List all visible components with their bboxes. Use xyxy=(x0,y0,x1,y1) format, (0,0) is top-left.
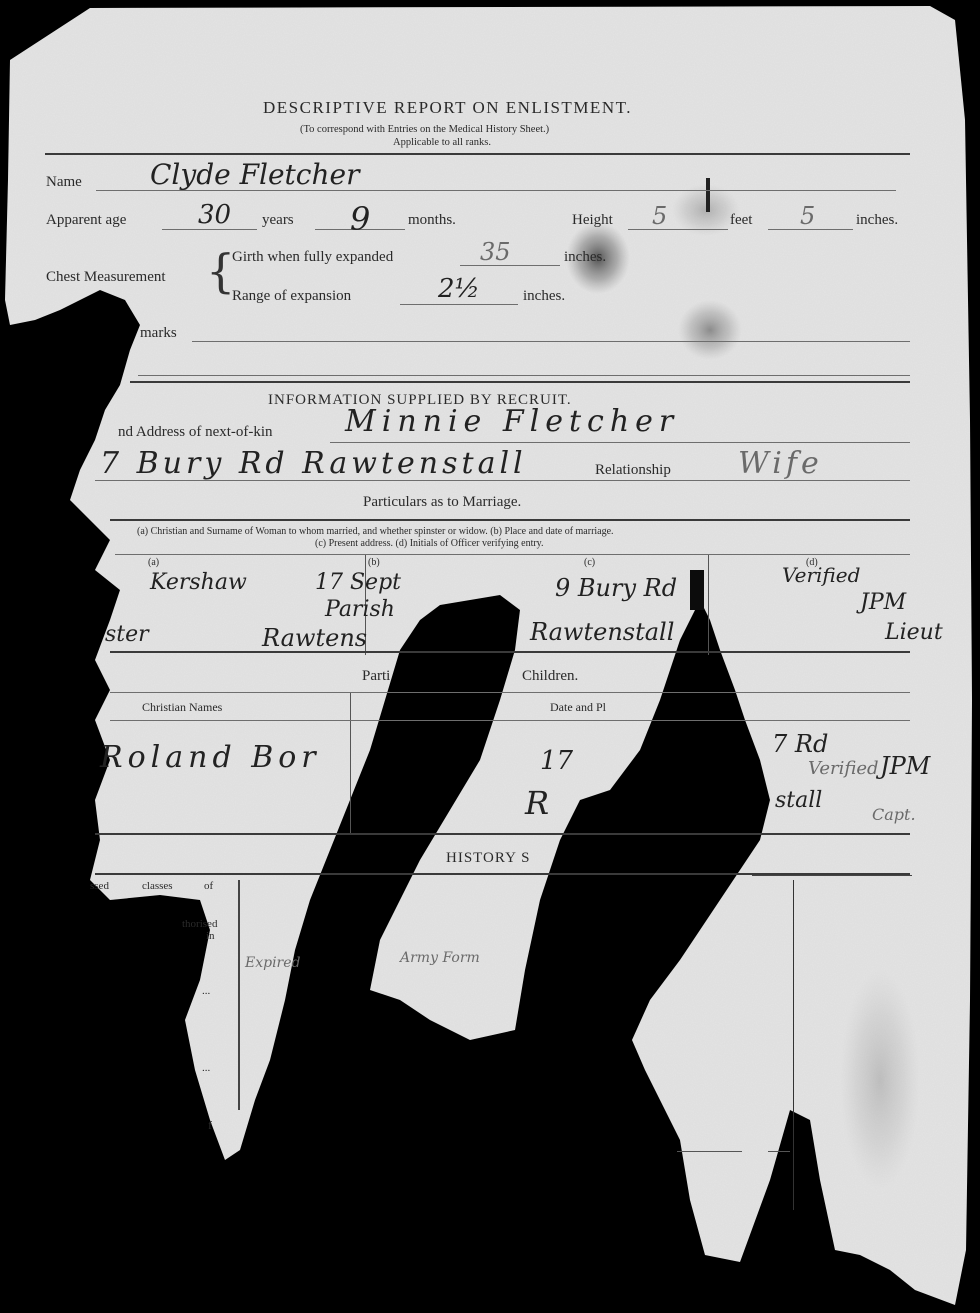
range-unit: inches. xyxy=(523,288,565,305)
range-of-expansion-label: Range of expansion xyxy=(232,288,351,305)
history-side-7: ... xyxy=(202,1062,210,1074)
document-frame: DESCRIPTIVE REPORT ON ENLISTMENT. (To co… xyxy=(0,0,980,1313)
document-title: DESCRIPTIVE REPORT ON ENLISTMENT. xyxy=(263,98,632,118)
column-divider-cd xyxy=(708,555,709,655)
marriage-a-surname: Kershaw xyxy=(150,570,247,595)
children-bottom-rule xyxy=(95,833,910,835)
next-of-kin-address: 7 Bury Rd Rawtenstall xyxy=(100,446,527,481)
marriage-d-rank: Lieut xyxy=(885,620,943,645)
child-rank: Capt. xyxy=(872,805,916,824)
inches-label: inches. xyxy=(856,212,898,229)
marriage-b-date: 17 Sept xyxy=(315,570,401,595)
child-address: 7 Rd xyxy=(772,730,828,758)
children-heading-left: Parti xyxy=(362,668,390,685)
marriage-columns-rule xyxy=(115,554,910,555)
history-side-5: in xyxy=(206,930,215,942)
remarks-line xyxy=(192,341,910,342)
height-label: Height xyxy=(572,212,613,229)
height-feet-value: 5 xyxy=(652,202,667,230)
marriage-a-status: ster xyxy=(105,622,149,647)
marriage-d-verified: Verified xyxy=(782,563,860,587)
child-date: 17 xyxy=(540,746,573,776)
history-side-8: f xyxy=(208,1118,212,1133)
marriage-b-parish: Parish xyxy=(325,597,395,622)
history-faint-writing-1: Expired xyxy=(245,955,301,971)
girth-value: 35 xyxy=(480,238,511,266)
child-place-2: stall xyxy=(775,788,822,813)
marriage-c-town: Rawtenstall xyxy=(530,618,674,646)
name-label: Name xyxy=(46,174,82,191)
years-label: years xyxy=(262,212,294,229)
history-heading: HISTORY S xyxy=(446,850,530,867)
range-value: 2½ xyxy=(438,274,480,304)
child-verified: Verified xyxy=(808,758,879,779)
girth-label: Girth when fully expanded xyxy=(232,249,393,266)
chest-measurement-label: Chest Measurement xyxy=(46,269,166,286)
remarks-line-2 xyxy=(138,375,910,376)
section-rule xyxy=(130,381,910,383)
chest-brace: { xyxy=(206,248,235,294)
next-of-kin-label: nd Address of next-of-kin xyxy=(118,424,273,441)
child-name: Roland Bor xyxy=(100,740,321,775)
marriage-d-initials: JPM xyxy=(860,590,906,615)
children-subheader-rule xyxy=(110,720,910,721)
history-side-4: thorised xyxy=(182,918,217,930)
history-side-2: classes xyxy=(142,880,173,892)
marriage-c-street: 9 Bury Rd xyxy=(555,574,677,602)
marriage-b-place: Rawtens xyxy=(262,624,367,652)
marriage-note-2: (c) Present address. (d) Initials of Off… xyxy=(315,538,544,549)
column-a-label: (a) xyxy=(148,557,159,568)
children-heading-right: Children. xyxy=(522,668,578,685)
column-b-label: (b) xyxy=(368,557,380,568)
age-years-value: 30 xyxy=(198,200,231,230)
remarks-label: marks xyxy=(140,325,177,342)
children-col-date-place: Date and Pl xyxy=(550,700,606,715)
column-c-label: (c) xyxy=(584,557,595,568)
document-content: DESCRIPTIVE REPORT ON ENLISTMENT. (To co… xyxy=(0,0,980,1313)
relationship-label: Relationship xyxy=(595,462,671,479)
history-right-rule xyxy=(752,875,912,876)
feet-label: feet xyxy=(730,212,752,229)
next-of-kin-name: Minnie Fletcher xyxy=(345,404,679,439)
history-side-6: ... xyxy=(202,985,210,997)
child-initials: JPM xyxy=(880,752,930,780)
history-bottom-rule-right xyxy=(768,1151,790,1152)
history-side-3: of xyxy=(204,880,213,892)
document-subtitle: (To correspond with Entries on the Medic… xyxy=(300,124,549,135)
age-months-value: 9 xyxy=(350,200,370,238)
name-value: Clyde Fletcher xyxy=(150,158,359,191)
height-inches-value: 5 xyxy=(800,202,815,230)
document-applicability: Applicable to all ranks. xyxy=(393,137,491,148)
history-side-1: ssed xyxy=(90,880,109,892)
months-label: months. xyxy=(408,212,456,229)
history-bottom-rule-left xyxy=(677,1151,742,1152)
marriage-heading: Particulars as to Marriage. xyxy=(363,494,521,511)
children-col-names: Christian Names xyxy=(142,700,222,715)
history-right-column-line xyxy=(793,880,794,1210)
range-line xyxy=(400,304,518,305)
height-feet-line xyxy=(628,229,728,230)
relationship-value: Wife xyxy=(738,446,823,481)
apparent-age-label: Apparent age xyxy=(46,212,126,229)
children-col-divider xyxy=(350,693,351,833)
marriage-bottom-rule xyxy=(110,651,910,653)
history-brace-line xyxy=(238,880,240,1110)
marriage-rule xyxy=(110,519,910,521)
child-place: R xyxy=(525,784,549,822)
next-of-kin-line xyxy=(330,442,910,443)
header-rule xyxy=(45,153,910,155)
marriage-note-1: (a) Christian and Surname of Woman to wh… xyxy=(137,526,614,537)
history-faint-writing-2: Army Form xyxy=(400,950,480,966)
girth-unit: inches. xyxy=(564,249,606,266)
children-header-rule xyxy=(110,692,910,693)
